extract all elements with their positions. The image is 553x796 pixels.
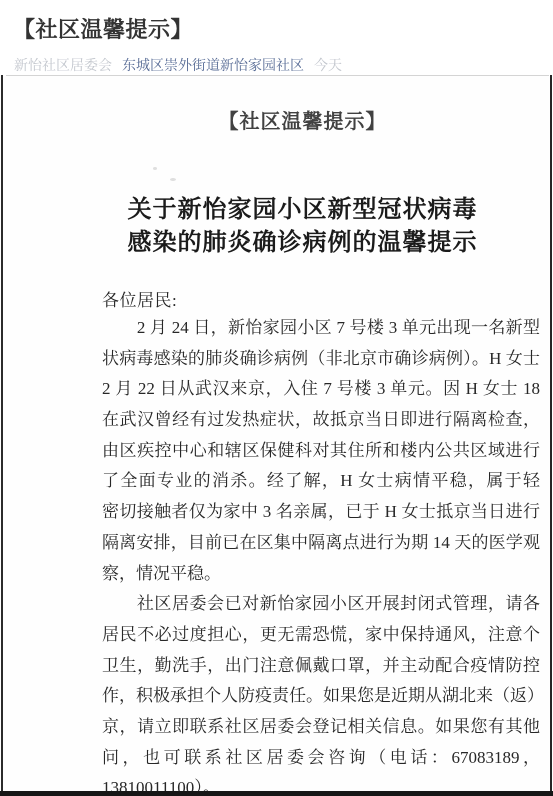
notice-body-line: 隔离安排，目前已在区集中隔离点进行为期 14 天的医学观 xyxy=(102,528,540,559)
notice-body-line: 了全面专业的消杀。经了解，H 女士病情平稳，属于轻症。 xyxy=(102,466,540,497)
notice-body: 2 月 24 日，新怡家园小区 7 号楼 3 单元出现一名新型冠状病毒感染的肺炎… xyxy=(102,313,540,796)
publish-date: 今天 xyxy=(314,57,342,73)
notice-body-line: 在武汉曾经有过发热症状，故抵京当日即进行隔离检查，并 xyxy=(102,405,540,436)
article-byline: 新怡社区居委会东城区崇外街道新怡家园社区今天 xyxy=(14,56,540,74)
notice-scan-image[interactable]: 【社区温馨提示】 关于新怡家园小区新型冠状病毒 感染的肺炎确诊病例的温馨提示 各… xyxy=(0,75,553,796)
scan-top-edge xyxy=(6,75,549,76)
notice-body-line: 察，情况平稳。 xyxy=(102,559,540,590)
notice-body-line: 作，积极承担个人防疫责任。如果您是近期从湖北来（返） xyxy=(102,681,540,712)
notice-title-line1: 关于新怡家园小区新型冠状病毒 xyxy=(50,194,553,227)
notice-greeting: 各位居民: xyxy=(102,286,177,311)
scan-artifact xyxy=(153,167,157,170)
source-community-link[interactable]: 东城区崇外街道新怡家园社区 xyxy=(122,57,304,73)
notice-body-line: 2 月 24 日，新怡家园小区 7 号楼 3 单元出现一名新型冠 xyxy=(102,313,540,344)
notice-body-line: 状病毒感染的肺炎确诊病例（非北京市确诊病例）。H 女士于 xyxy=(102,344,540,375)
notice-body-line: 卫生，勤洗手，出门注意佩戴口罩，并主动配合疫情防控工 xyxy=(102,651,540,682)
notice-body-line: 由区疾控中心和辖区保健科对其住所和楼内公共区域进行 xyxy=(102,436,540,467)
notice-header: 【社区温馨提示】 xyxy=(50,105,553,134)
scan-bottom-edge xyxy=(0,791,553,796)
notice-body-line: 京，请立即联系社区居委会登记相关信息。如果您有其他疑 xyxy=(102,712,540,743)
notice-body-line: 问，也可联系社区居委会咨询（电话：67083189， xyxy=(102,743,540,774)
notice-document-title: 关于新怡家园小区新型冠状病毒 感染的肺炎确诊病例的温馨提示 xyxy=(50,194,553,260)
scan-right-edge xyxy=(550,75,552,796)
article-page: 【社区温馨提示】 新怡社区居委会东城区崇外街道新怡家园社区今天 【社区温馨提示】… xyxy=(0,0,553,796)
author-name: 新怡社区居委会 xyxy=(14,57,112,73)
notice-body-line: 密切接触者仅为家中 3 名亲属，已于 H 女士抵京当日进行了 xyxy=(102,497,540,528)
scan-left-edge xyxy=(1,75,3,796)
notice-body-line: 社区居委会已对新怡家园小区开展封闭式管理，请各位 xyxy=(102,589,540,620)
notice-title-line2: 感染的肺炎确诊病例的温馨提示 xyxy=(50,227,553,260)
article-title: 【社区温馨提示】 xyxy=(13,16,540,44)
scan-artifact xyxy=(170,178,176,181)
notice-body-line: 2 月 22 日从武汉来京，入住 7 号楼 3 单元。因 H 女士 18 日 xyxy=(102,374,540,405)
notice-body-line: 居民不必过度担心，更无需恐慌，家中保持通风，注意个人 xyxy=(102,620,540,651)
